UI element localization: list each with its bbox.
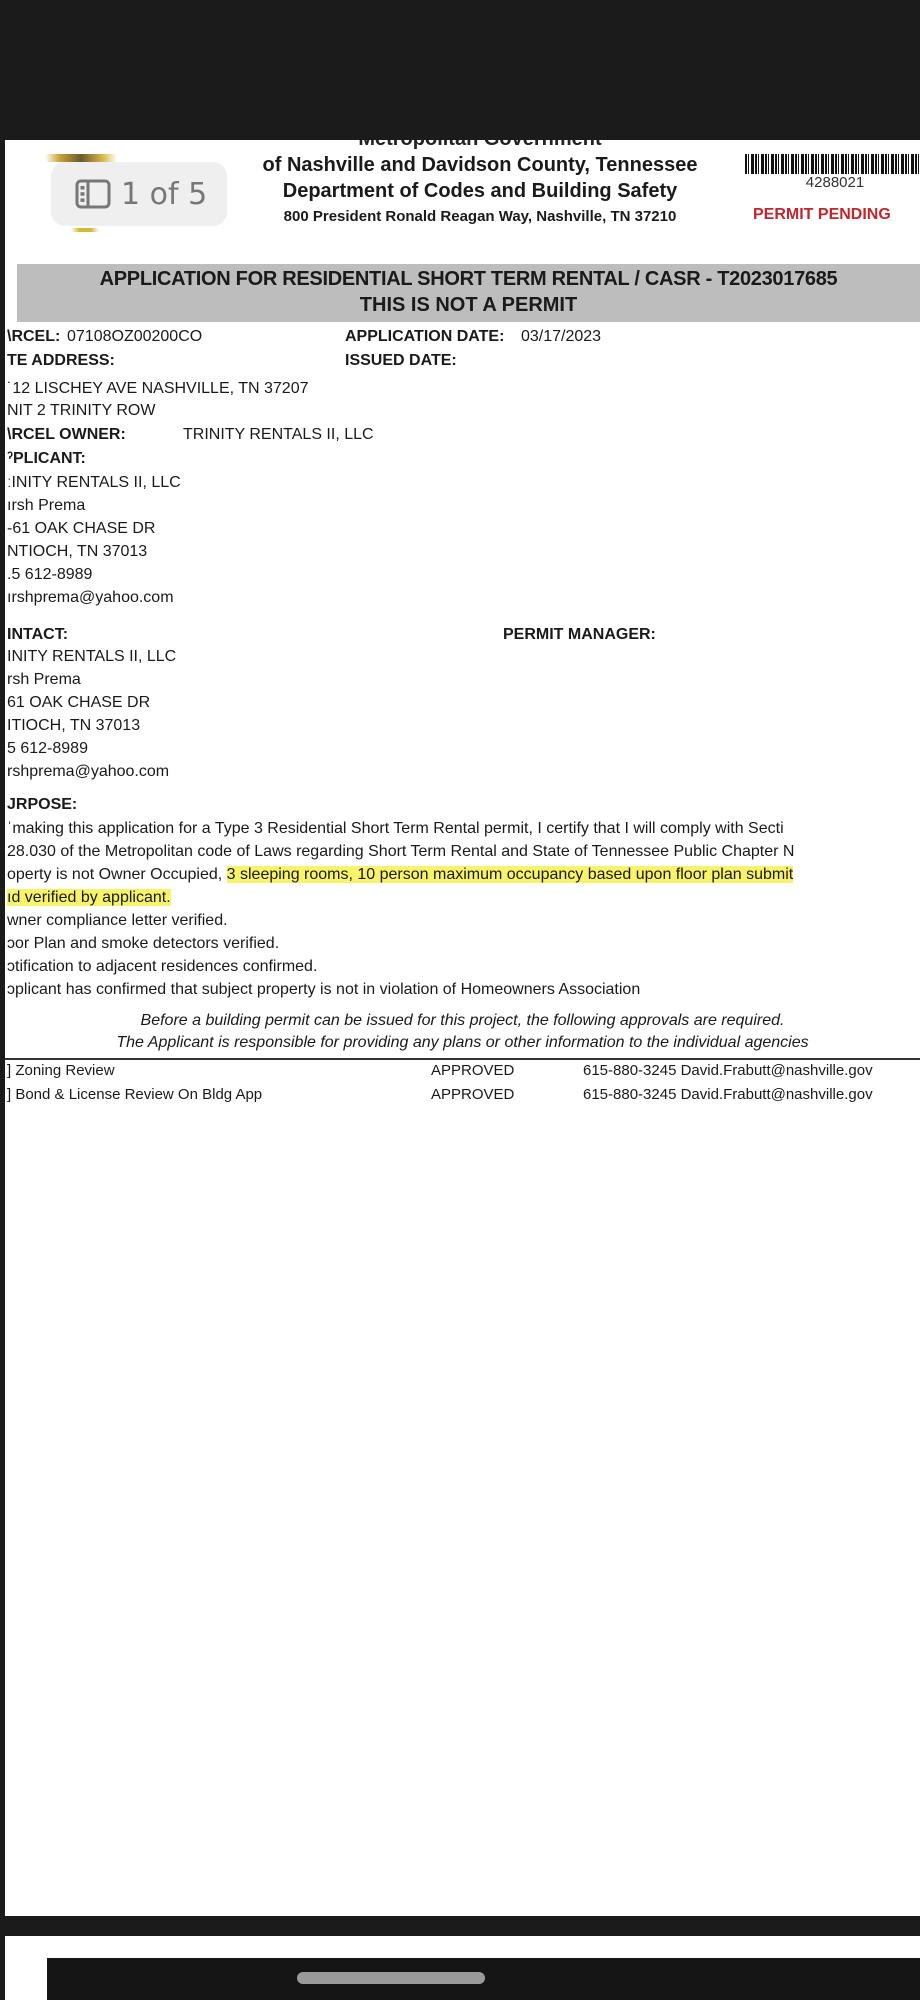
purpose-label: JRPOSE: [7,796,77,814]
header-line-1: Metropolitan Government [220,140,740,151]
parcel-value: 07108OZ00200CO [67,328,202,346]
metro-seal-icon [45,154,117,162]
check-item: ɔor Plan and smoke detectors verified. [7,935,279,953]
not-a-permit-notice: THIS IS NOT A PERMIT [17,294,920,317]
parcel-label: \RCEL: [7,328,60,346]
document-page-2 [5,1936,920,2000]
sidebar-thumbnails-icon [75,179,111,209]
barcode-number: 4288021 [745,174,920,191]
approval-row-name: ] Bond & License Review On Bldg App [7,1086,262,1103]
applicant-line: NTIOCH, TN 37013 [7,543,147,561]
applicant-line: .5 612-8989 [7,566,92,584]
approval-row-contact: 615-880-3245 David.Frabutt@nashville.gov [583,1062,873,1079]
issued-date-label: ISSUED DATE: [345,352,457,370]
highlighted-verification-text: ıd verified by applicant. [7,889,171,906]
approvals-note-1: Before a building permit can be issued f… [5,1012,920,1030]
permit-status: PERMIT PENDING [753,206,891,224]
parcel-owner-label: \RCEL OWNER: [7,426,126,444]
applicant-line: ːINITY RENTALS II, LLC [7,474,181,492]
check-item: ɔplicant has confirmed that subject prop… [7,981,640,999]
approvals-divider [5,1058,920,1060]
applicant-line: -61 OAK CHASE DR [7,520,155,538]
header-address: 800 President Ronald Reagan Way, Nashvil… [220,208,740,225]
approvals-note-2: The Applicant is responsible for providi… [5,1034,920,1052]
applicant-label: ˀPLICANT: [7,450,86,468]
address-line-1: ˙12 LISCHEY AVE NASHVILLE, TN 37207 [7,380,309,398]
contact-line: rsh Prema [7,671,81,689]
highlighted-occupancy-text: 3 sleeping rooms, 10 person maximum occu… [227,866,794,883]
permit-manager-label: PERMIT MANAGER: [503,626,656,644]
header-line-2: of Nashville and Davidson County, Tennes… [220,154,740,177]
contact-email: rshprema@yahoo.com [7,763,169,781]
approval-row-status: APPROVED [431,1062,514,1079]
applicant-email: ırshprema@yahoo.com [7,589,174,607]
parcel-owner-value: TRINITY RENTALS II, LLC [183,426,374,444]
approval-row-name: ] Zoning Review [7,1062,115,1079]
contact-line: ITIOCH, TN 37013 [7,717,140,735]
purpose-line-1: ˈmaking this application for a Type 3 Re… [7,820,784,838]
approval-row-contact: 615-880-3245 David.Frabutt@nashville.gov [583,1086,873,1103]
application-banner: APPLICATION FOR RESIDENTIAL SHORT TERM R… [17,264,920,322]
check-item: ɔtification to adjacent residences confi… [7,958,317,976]
document-page-1: 1 of 5 Metropolitan Government of Nashvi… [5,140,920,1916]
contact-line: 5 612-8989 [7,740,88,758]
application-date-label: APPLICATION DATE: [345,328,504,346]
barcode [745,154,920,174]
contact-label: INTACT: [7,626,68,644]
page-indicator[interactable]: 1 of 5 [51,162,227,226]
home-indicator[interactable] [297,1972,485,1984]
check-item: wner compliance letter verified. [7,912,228,930]
application-title: APPLICATION FOR RESIDENTIAL SHORT TERM R… [17,268,920,291]
purpose-line-2: 28.030 of the Metropolitan code of Laws … [7,843,794,861]
purpose-line-3: operty is not Owner Occupied, 3 sleeping… [7,866,793,884]
applicant-line: ırsh Prema [7,497,85,515]
purpose-line-3-text: operty is not Owner Occupied, [7,866,227,883]
contact-line: INITY RENTALS II, LLC [7,648,176,666]
site-address-label: TE ADDRESS: [7,352,115,370]
header-line-3: Department of Codes and Building Safety [220,180,740,203]
purpose-line-4: ıd verified by applicant. [7,889,171,907]
metro-seal-fragment [65,228,105,232]
application-date-value: 03/17/2023 [521,328,601,346]
contact-line: 61 OAK CHASE DR [7,694,150,712]
page-indicator-text: 1 of 5 [121,177,207,212]
address-line-2: NIT 2 TRINITY ROW [7,402,155,420]
approval-row-status: APPROVED [431,1086,514,1103]
